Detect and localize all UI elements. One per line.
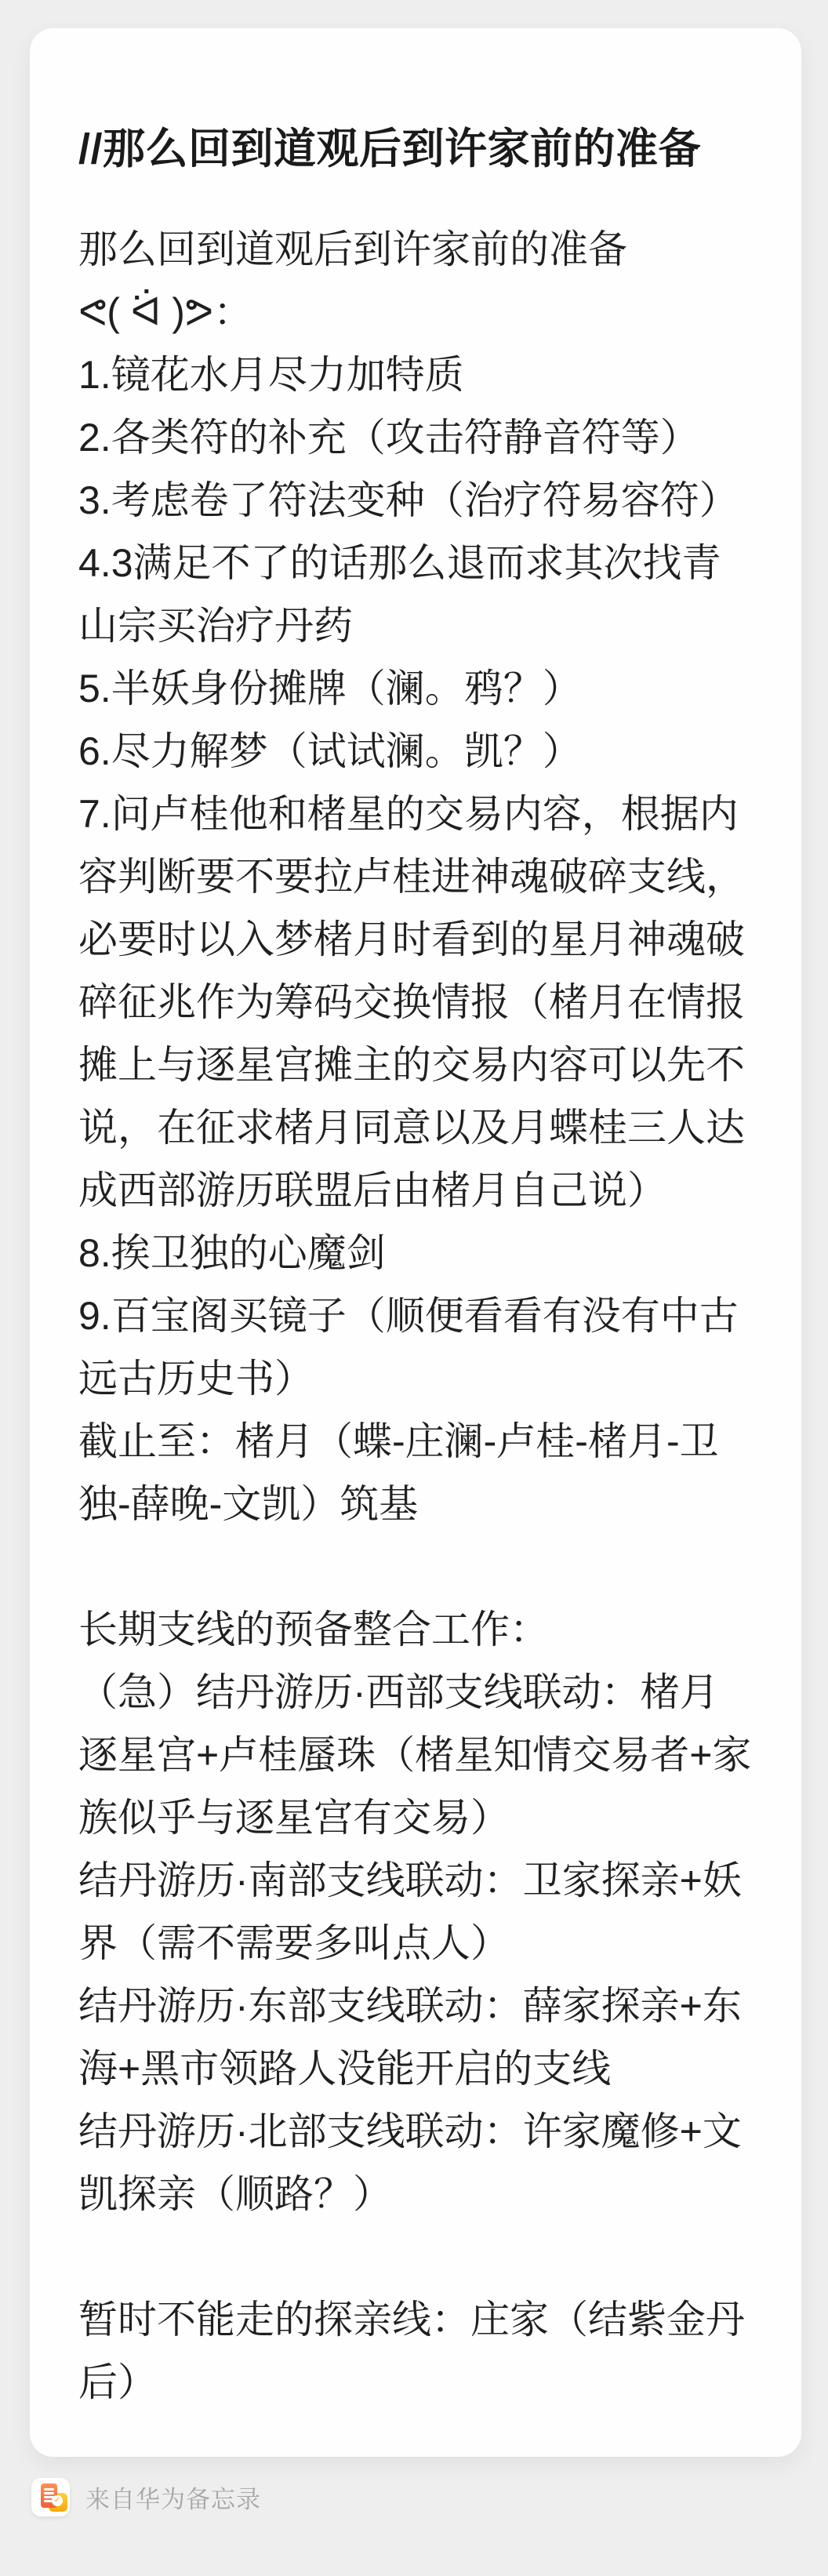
note-paragraph: 结丹游历·南部支线联动：卫家探亲+妖界（需不需要多叫点人） bbox=[78, 1849, 753, 1975]
note-paragraph: ᕙ( ᐛ )ᕗ： bbox=[78, 281, 753, 343]
note-paragraph: 结丹游历·北部支线联动：许家魔修+文凯探亲（顺路？） bbox=[78, 2100, 753, 2225]
note-paragraph bbox=[78, 2225, 753, 2288]
note-paragraph bbox=[78, 1535, 753, 1598]
note-paragraph: 那么回到道观后到许家前的准备 bbox=[78, 218, 753, 281]
note-paragraph: 3.考虑卷了符法变种（治疗符易容符） bbox=[78, 469, 753, 532]
note-paragraph: 9.百宝阁买镜子（顺便看看有没有中古远古历史书） bbox=[78, 1284, 753, 1410]
note-paragraph: 5.半妖身份摊牌（澜。鸦？） bbox=[78, 657, 753, 720]
note-paragraph: 8.挨卫独的心魔剑 bbox=[78, 1222, 753, 1284]
note-paragraph: 暂时不能走的探亲线：庄家（结紫金丹后） bbox=[78, 2288, 753, 2414]
note-paragraph: 4.3满足不了的话那么退而求其次找青山宗买治疗丹药 bbox=[78, 532, 753, 657]
note-paragraph: 2.各类符的补充（攻击符静音符等） bbox=[78, 406, 753, 469]
note-paragraph: 6.尽力解梦（试试澜。凯？） bbox=[78, 720, 753, 783]
note-paragraph: （急）结丹游历·西部支线联动：楮月逐星宫+卢桂蜃珠（楮星知情交易者+家族似乎与逐… bbox=[78, 1661, 753, 1849]
note-title: //那么回到道观后到许家前的准备 bbox=[78, 116, 753, 182]
check-badge-icon: ✓ bbox=[52, 2495, 63, 2506]
document-text-line bbox=[44, 2492, 54, 2494]
share-page-background: //那么回到道观后到许家前的准备 那么回到道观后到许家前的准备 ᕙ( ᐛ )ᕗ：… bbox=[0, 0, 828, 2576]
share-source-footer: ✓ 来自华为备忘录 bbox=[31, 2478, 261, 2516]
check-mark-glyph: ✓ bbox=[54, 2497, 60, 2505]
document-text-line bbox=[44, 2488, 54, 2491]
note-paragraph: 结丹游历·东部支线联动：薛家探亲+东海+黑市领路人没能开启的支线 bbox=[78, 1975, 753, 2100]
note-paragraph: 长期支线的预备整合工作： bbox=[78, 1598, 753, 1661]
huawei-notes-app-icon: ✓ bbox=[31, 2478, 70, 2516]
note-body: 那么回到道观后到许家前的准备 ᕙ( ᐛ )ᕗ： 1.镜花水月尽力加特质 2.各类… bbox=[78, 218, 753, 2414]
note-paragraph: 7.问卢桂他和楮星的交易内容，根据内容判断要不要拉卢桂进神魂破碎支线，必要时以入… bbox=[78, 783, 753, 1222]
note-paragraph: 1.镜花水月尽力加特质 bbox=[78, 343, 753, 406]
note-paragraph: 截止至：楮月（蝶-庄澜-卢桂-楮月-卫独-薛晚-文凯）筑基 bbox=[78, 1410, 753, 1535]
note-card: //那么回到道观后到许家前的准备 那么回到道观后到许家前的准备 ᕙ( ᐛ )ᕗ：… bbox=[30, 28, 801, 2457]
share-source-label: 来自华为备忘录 bbox=[85, 2480, 261, 2515]
